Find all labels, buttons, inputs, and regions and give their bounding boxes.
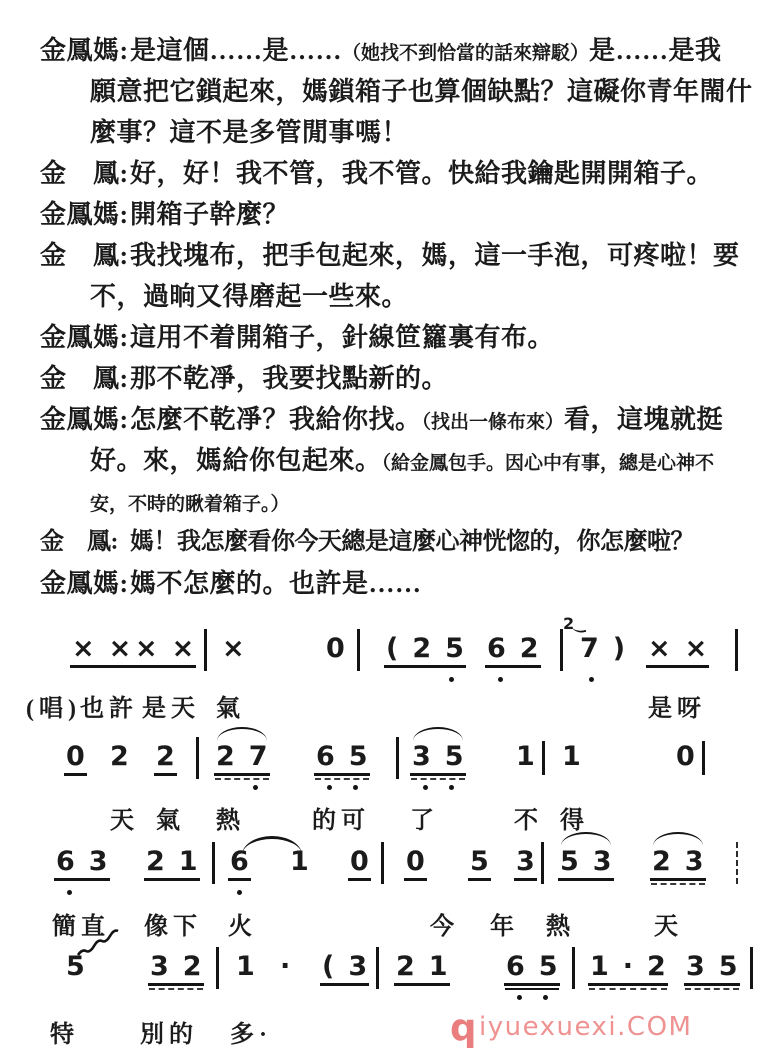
note-digits: 1 [516,740,535,774]
octave-dot [498,677,503,682]
beam-underline [64,773,87,776]
dialogue-row: 金 鳳:媽！我怎麼看你今天總是這麼心神恍惚的，你怎麼啦？ [0,522,760,563]
beam-underline-dashed [685,988,739,990]
dialogue-row: 不，過晌又得磨起一些來。 [0,276,760,317]
note-group: 62 [487,632,539,666]
beam-underline [514,878,537,881]
speaker-label: 金鳳媽: [40,317,130,358]
note-digits: ×× [135,632,208,666]
dialogue-text: 好，好！我不管，我不管。快給我鑰匙開開箱子。 [130,159,713,188]
note-group: 63 [56,845,108,879]
dialogue-text: 那不乾凈，我要找點新的。 [130,364,448,393]
dialogue-row: 金鳳媽:媽不怎麼的。也許是…… [0,563,760,604]
note-digits: 1·2 [590,950,680,984]
beam-underline [485,665,541,668]
note-group: 2 [156,740,175,774]
note-digits: 21 [396,950,462,984]
barline [542,741,545,775]
note-group: 21 [146,845,198,879]
lyric: 多· [230,1014,272,1049]
note-digits: 0 [350,845,369,879]
watermark-text: iyuexuexi [479,1012,617,1042]
note-group: × [222,632,245,666]
beam-underline-2 [505,988,559,990]
dialogue-row: 安，不時的瞅着箱子。） [0,481,760,522]
note-group: 32 [150,950,202,984]
watermark-initial: q [450,1006,478,1049]
octave-dot [517,995,522,1000]
dialogue-row: 麼事？這不是多管閒事嗎！ [0,112,760,153]
note-group: 53 [560,845,612,879]
watermark: qiyuexuexi.COM [450,1006,692,1049]
beam-underline [70,665,133,668]
note-group: 0 [66,740,85,774]
note-group: 5 [66,950,85,984]
note-group: 1·2 [590,950,666,984]
note-group: 0 [350,845,369,879]
lyric: 熱 [546,906,575,941]
note-group: 2 [110,740,129,774]
lyric: 像下 [144,906,202,941]
beam-underline [348,878,371,881]
lyric: 了 [410,800,439,835]
barline [735,629,738,671]
dialogue-row: 金鳳媽:怎麼不乾凈？我給你找。（找出一條布來）看，這塊就挺 [0,399,760,440]
speaker-label: 金鳳媽: [40,30,130,71]
octave-dot [253,785,258,790]
note-group: 65 [316,740,368,774]
beam-underline [404,878,427,881]
note-digits: 65 [506,950,572,984]
note-group: 0 [676,740,695,774]
note-group: 1 [562,740,581,774]
beam-underline-dashed [215,778,269,780]
stage-direction: （找出一條布來） [422,412,565,433]
barline [750,947,753,989]
stage-direction: （她找不到恰當的話來辯駁） [342,43,589,64]
dialogue-text: 我找塊布，把手包起來，媽，這一手泡，可疼啦！要 [130,241,740,270]
dialogue-text: 怎麼不乾凈？我給你找。 [130,405,422,434]
note-digits: 1 [562,740,581,774]
note-digits: 7) [580,632,639,666]
octave-dot [237,890,242,895]
lyric: 得 [560,800,589,835]
note-group: ×× [72,632,131,666]
octave-dot [543,995,548,1000]
beam-underline [384,665,466,668]
beam-underline [468,878,491,881]
barline [396,737,399,779]
beam-underline-dashed [149,988,203,990]
note-group: 7)2 [580,632,625,666]
dialogue-text: 媽！我怎麼看你今天總是這麼心神恍惚的，你怎麼啦？ [130,529,694,555]
speaker-label: 金 鳳: [40,522,130,563]
dialogue-text: 麼事？這不是多管閒事嗎！ [90,118,408,147]
beam-underline [144,878,200,881]
beam-underline [410,773,466,776]
note-digits: 1 [236,950,255,984]
lyric: 是呀 [648,688,706,723]
dialogue-text: 開箱子幹麼？ [130,200,289,229]
dialogue-row: 金鳳媽:是這個……是……（她找不到恰當的話來辯駁）是……是我 [0,30,760,71]
octave-dot [353,785,358,790]
dialogue-text: 是……是我 [589,36,722,65]
note-digits: 35 [412,740,478,774]
note-digits: ×× [648,632,721,666]
dialogue-text: 願意把它鎖起來，媽鎖箱子也算個缺點？這礙你青年閙什 [90,77,753,106]
music-line-1: ×××××0(25627)2××(唱)也許是天氣是呀 [0,632,760,736]
octave-dot [589,677,594,682]
lyric: 氣 [156,800,185,835]
note-group: 1 [516,740,535,774]
lyric: 不 [514,800,543,835]
barline [376,947,379,989]
note-digits: 2 [156,740,175,774]
beam-underline [646,665,709,668]
barline [736,842,741,884]
dialogue-row: 願意把它鎖起來，媽鎖箱子也算個缺點？這礙你青年閙什 [0,71,760,112]
note-digits: 0 [66,740,85,774]
lyric: 年 [490,906,519,941]
dialogue-text: 不，過晌又得磨起一些來。 [90,282,408,311]
octave-dot [423,785,428,790]
note-digits: × [222,632,245,666]
note-group: 0 [326,632,345,666]
note-digits: 62 [487,632,553,666]
note-digits: 5 [470,845,489,879]
note-digits: 1 [290,845,309,879]
beam-underline-dashed [315,778,369,780]
speaker-label: 金鳳媽: [40,399,130,440]
lyric: 也許 [80,688,138,723]
note-digits: 63 [56,845,122,879]
dialogue-row: 好。來，媽給你包起來。（給金鳳包手。因心中有事，總是心神不 [0,440,760,481]
dialogue-row: 金 鳳:那不乾凈，我要找點新的。 [0,358,760,399]
glissando-icon [76,923,120,957]
note-digits: 23 [652,845,718,879]
beam-underline-dashed [411,778,465,780]
barline [212,842,215,884]
speaker-label: 金 鳳: [40,358,130,399]
octave-dot [449,785,454,790]
beam-underline [320,983,369,986]
barline [196,737,199,779]
dialogue-text: 是這個……是…… [130,36,342,65]
lyric: 天 [110,800,139,835]
speaker-label: 金 鳳: [40,153,130,194]
note-digits: 0 [676,740,695,774]
note-group: 5 [470,845,489,879]
beam-underline-dashed [651,883,705,885]
note-group: 0 [406,845,425,879]
note-group: 27 [216,740,268,774]
note-group: 1 [290,845,309,879]
note-digits: 32 [150,950,216,984]
note-digits: 65 [316,740,382,774]
barline [541,842,544,884]
dialogue-text: 好。來，媽給你包起來。 [90,446,382,475]
barline [216,947,219,989]
octave-dot [327,785,332,790]
beam-underline [504,983,560,986]
scanned-score-page: { "dialogue": { "rows": [ {"speaker":"金鳳… [0,0,760,1058]
note-digits: 0 [406,845,425,879]
beam-underline [558,878,614,881]
barline [381,842,384,884]
dialogue-section: 金鳳媽:是這個……是……（她找不到恰當的話來辯駁）是……是我願意把它鎖起來，媽鎖… [0,30,760,604]
lyric: 火 [228,906,257,941]
dialogue-text: 看，這塊就挺 [564,405,723,434]
lyric: (唱) [26,688,81,723]
note-group: · [280,950,290,984]
dialogue-row: 金鳳媽:這用不着開箱子，針線笸籮裏有布。 [0,317,760,358]
note-digits: (3 [322,950,381,984]
note-digits: (25 [386,632,478,666]
beam-underline [54,878,110,881]
dialogue-text: 媽不怎麼的。也許是…… [130,569,422,598]
note-group: 23 [652,845,704,879]
note-group: 35 [412,740,464,774]
note-group: 21 [396,950,448,984]
note-digits: 2 [110,740,129,774]
beam-underline [684,983,740,986]
beam-underline-dashed [589,988,667,990]
beam-underline [394,983,450,986]
note-digits: 35 [686,950,752,984]
note-group: 65 [506,950,558,984]
note-group: (25 [386,632,464,666]
note-digits: · [280,950,290,984]
beam-underline [314,773,370,776]
lyric: 特 [50,1014,79,1049]
dialogue-row: 金鳳媽:開箱子幹麼？ [0,194,760,235]
beam-underline [228,878,251,881]
beam-underline [148,983,204,986]
beam-underline [650,878,706,881]
note-digits: 27 [216,740,282,774]
speaker-label: 金鳳媽: [40,194,130,235]
lyric: 氣 [216,688,245,723]
barline [357,629,360,671]
beam-underline [154,773,177,776]
dialogue-row: 金 鳳:我找塊布，把手包起來，媽，這一手泡，可疼啦！要 [0,235,760,276]
lyric: 別的 [140,1014,198,1049]
note-group: (3 [322,950,367,984]
dialogue-text: 這用不着開箱子，針線笸籮裏有布。 [130,323,554,352]
lyric: 天 [654,906,683,941]
note-group: 3 [516,845,535,879]
lyric: 是天 [142,688,200,723]
note-digits: 3 [516,845,535,879]
note-digits: 0 [326,632,345,666]
note-digits: 53 [560,845,626,879]
note-group: 1 [236,950,255,984]
stage-direction: （給金鳳包手。因心中有事，總是心神不 [382,453,715,474]
music-line-2: 022276535110天氣熱的可了不得 [0,740,760,844]
barline [204,629,207,671]
speaker-label: 金 鳳: [40,235,130,276]
stage-direction: 安，不時的瞅着箱子。） [90,494,290,515]
octave-dot [449,677,454,682]
beam-underline [588,983,668,986]
speaker-label: 金鳳媽: [40,563,130,604]
barline [572,947,575,989]
octave-dot [67,890,72,895]
note-group: ×× [648,632,707,666]
beam-underline [214,773,270,776]
note-group: 35 [686,950,738,984]
note-digits: 21 [146,845,212,879]
watermark-domain: .COM [617,1012,692,1042]
beam-underline [133,665,196,668]
dialogue-row: 金 鳳:好，好！我不管，我不管。快給我鑰匙開開箱子。 [0,153,760,194]
lyric: 今 [430,906,459,941]
note-group: ×× [135,632,194,666]
lyric: 的可 [312,800,370,835]
lyric: 熱 [216,800,245,835]
barline [702,741,705,775]
